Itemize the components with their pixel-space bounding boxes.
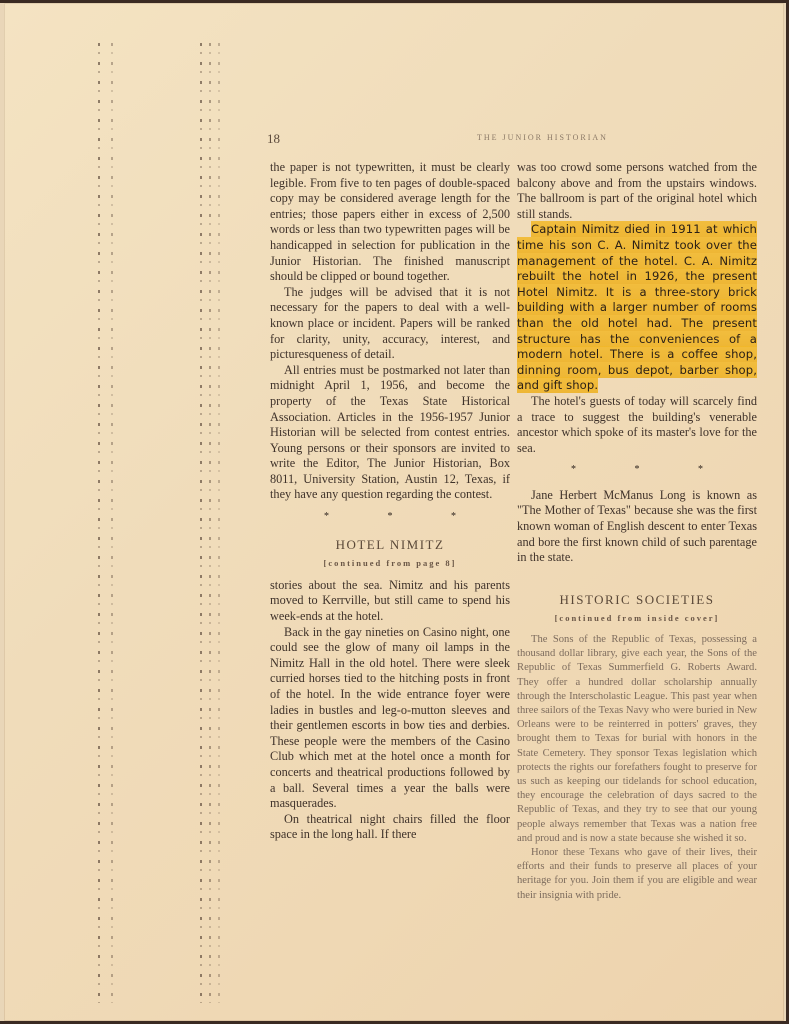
contest-paragraph: All entries must be postmarked not later… xyxy=(270,363,510,503)
societies-paragraph: Honor these Texans who gave of their liv… xyxy=(517,846,757,903)
hotel-paragraph: On theatrical night chairs filled the fl… xyxy=(270,812,510,843)
hotel-today-paragraph: The hotel's guests of today will scarcel… xyxy=(517,394,757,456)
jane-long-paragraph: Jane Herbert McManus Long is known as "T… xyxy=(517,488,757,566)
section-separator: * * * xyxy=(545,462,757,478)
scan-streak-artifact xyxy=(218,43,220,1003)
hotel-nimitz-subtitle: [continued from page 8] xyxy=(270,556,510,572)
left-column: the paper is not typewritten, it must be… xyxy=(270,160,510,843)
running-header: 18 THE JUNIOR HISTORIAN xyxy=(267,131,777,147)
scan-streak-artifact xyxy=(98,43,100,1003)
hotel-paragraph: stories about the sea. Nimitz and his pa… xyxy=(270,578,510,625)
scan-streak-artifact xyxy=(209,43,211,1003)
highlighted-paragraph: Captain Nimitz died in 1911 at which tim… xyxy=(517,222,757,394)
historic-societies-subtitle: [continued from inside cover] xyxy=(517,611,757,627)
section-separator: * * * xyxy=(298,509,510,525)
scan-streak-artifact xyxy=(111,43,113,1003)
journal-title: THE JUNIOR HISTORIAN xyxy=(477,133,608,142)
societies-paragraph: The Sons of the Republic of Texas, posse… xyxy=(517,633,757,846)
scan-border-top xyxy=(0,0,789,3)
right-column: was too crowd some persons watched from … xyxy=(517,160,757,903)
contest-paragraph: the paper is not typewritten, it must be… xyxy=(270,160,510,285)
page-number: 18 xyxy=(267,131,280,147)
yellow-highlight: Captain Nimitz died in 1911 at which tim… xyxy=(517,221,757,393)
scan-streak-artifact xyxy=(200,43,202,1003)
historic-societies-title: HISTORIC SOCIETIES xyxy=(517,592,757,608)
continuation-paragraph: was too crowd some persons watched from … xyxy=(517,160,757,222)
contest-paragraph: The judges will be advised that it is no… xyxy=(270,285,510,363)
hotel-nimitz-title: HOTEL NIMITZ xyxy=(270,537,510,553)
hotel-paragraph: Back in the gay nineties on Casino night… xyxy=(270,625,510,812)
